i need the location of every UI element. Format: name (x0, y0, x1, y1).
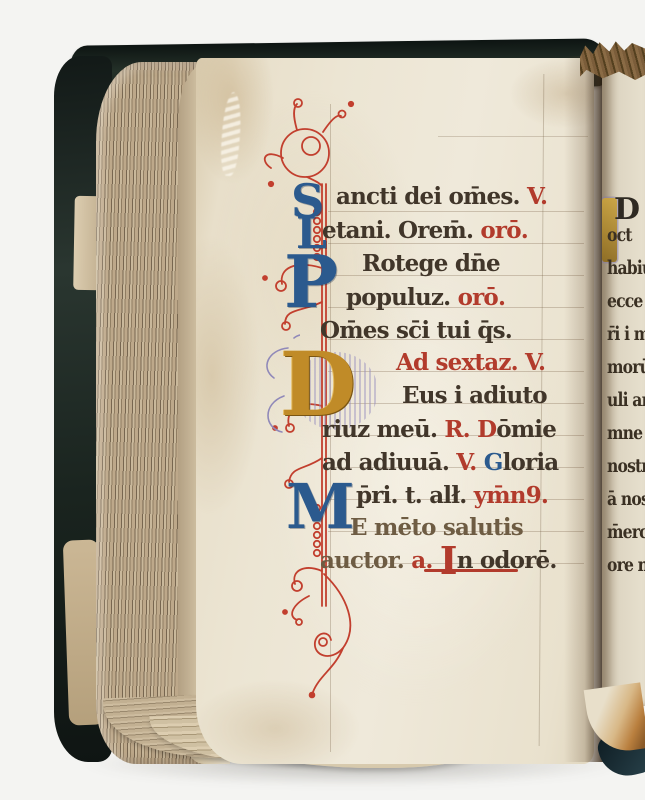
manuscript-photo: S L P D M ancti dei om̄es. V. etani. Ore… (0, 0, 645, 800)
text-segment: ad adiuuā. (322, 449, 456, 476)
text-line: ad adiuuā. V. Gloria (322, 449, 558, 476)
text-line: ancti dei om̄es. V. (336, 183, 547, 210)
text-line: Ad sextaz. V. (396, 349, 545, 376)
text-segment: etani. Orem̄. (322, 217, 480, 244)
illuminated-initial-d: D (280, 340, 356, 428)
text-line: E mēto salutis (350, 514, 523, 541)
right-page-fragment: r̄i i ma (607, 323, 645, 345)
versicle-mark: V. (456, 449, 483, 476)
text-line: riuz meū. R. Dōmie (322, 416, 556, 443)
red-initial-i-foot-bar (424, 569, 518, 572)
text-segment: riuz meū. (322, 416, 444, 443)
text-line: Rotege dn̄e (362, 250, 500, 277)
text-segment: ancti dei om̄es. (336, 183, 527, 210)
right-page-fragment: ā nost (607, 488, 645, 510)
text-segment: p̄ri. t. alł. (356, 482, 474, 509)
right-page-fragment: mne (607, 422, 642, 444)
text-segment: ōmie (496, 416, 556, 443)
versicle-mark: V. (527, 183, 547, 210)
right-page-fragment: oct (607, 224, 632, 246)
text-segment: Rotege dn̄e (362, 250, 500, 277)
right-page-fragment: m̄ercat (607, 521, 645, 543)
illuminated-initial-p: P (284, 246, 338, 318)
text-line: Om̄es sc̄i tui q̄s. (320, 317, 512, 344)
rubric-segment: orō. (480, 217, 528, 244)
right-page-fragment: morū (607, 356, 645, 378)
rubric-segment: Ad sextaz. V. (396, 349, 545, 376)
text-segment: loria (503, 449, 559, 476)
text-segment: G (484, 449, 503, 476)
response-mark: R. D (444, 416, 496, 443)
right-page: D oct habiū ecce fič r̄i i ma morū uli… (602, 58, 645, 706)
text-line: etani. Orem̄. orō. (322, 217, 528, 244)
illuminated-initial-m: M (286, 476, 355, 538)
text-segment: E mēto salutis (350, 514, 523, 541)
text-line: p̄ri. t. alł. ym̄n9. (356, 482, 548, 509)
rubric-segment: ym̄n9. (474, 482, 548, 509)
text-line: populuz. orō. (346, 284, 505, 311)
right-page-fragment: ore no (607, 554, 645, 576)
right-page-fragment: uli anō (607, 389, 645, 411)
text-segment: Om̄es sc̄i tui q̄s. (320, 317, 512, 344)
text-line: Eus i adiuto (402, 382, 547, 409)
right-page-initial: D (614, 192, 640, 227)
rubric-segment: orō. (458, 284, 506, 311)
right-page-fragment: habiū (607, 257, 645, 279)
right-page-fragment: ecce fič (607, 290, 645, 312)
text-segment: populuz. (346, 284, 458, 311)
right-page-fragment: nostri (607, 455, 645, 477)
text-segment: auctor. (320, 547, 411, 574)
red-initial-i: I (440, 538, 457, 583)
text-segment: Eus i adiuto (402, 382, 547, 409)
